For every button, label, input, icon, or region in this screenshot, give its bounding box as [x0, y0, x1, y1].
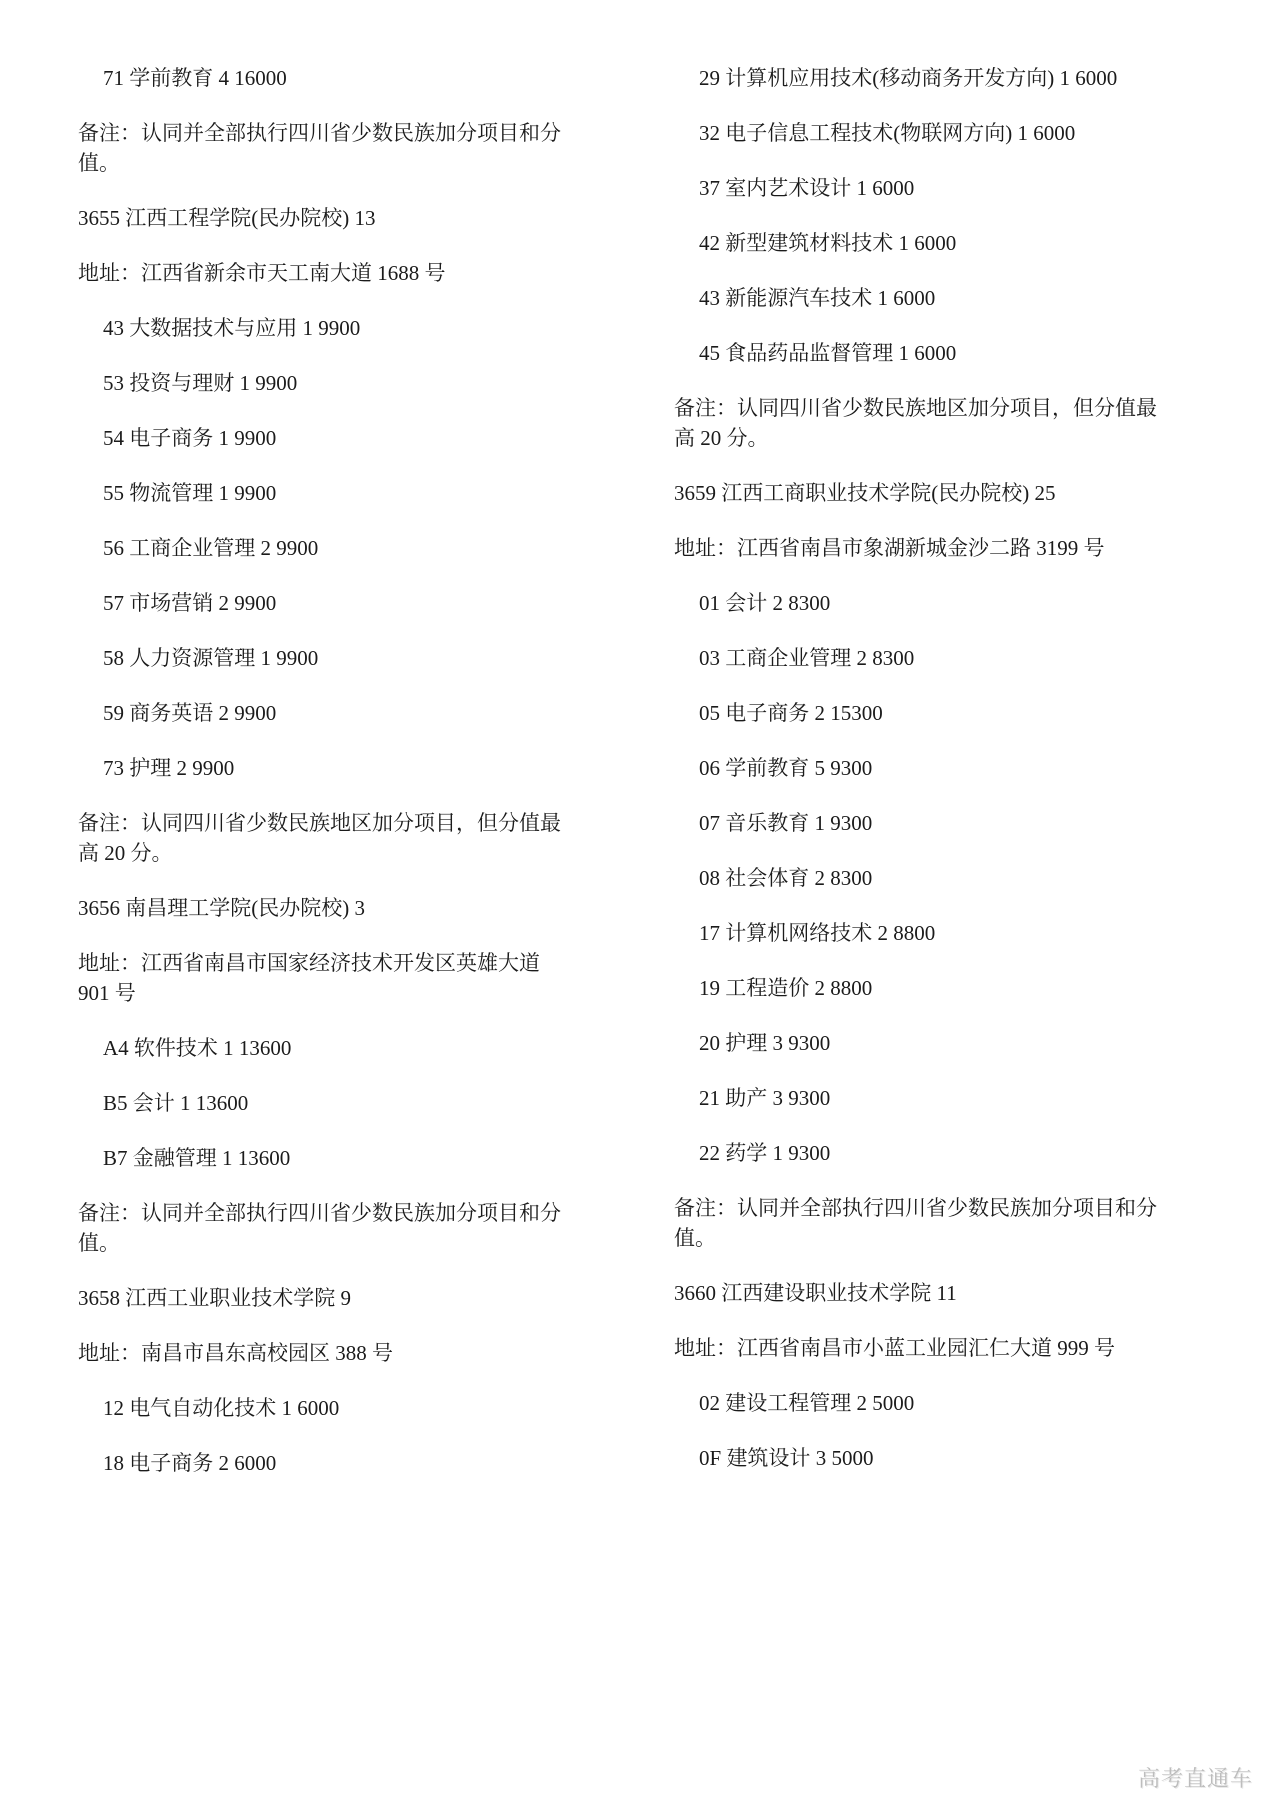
program-name: 建设工程管理	[725, 1391, 851, 1415]
program-code: 05	[699, 701, 720, 725]
program-name: 电子商务	[129, 426, 213, 450]
program-code: 08	[699, 866, 720, 890]
address-line: 地址：江西省南昌市象湖新城金沙二路 3199 号	[674, 533, 1170, 563]
school-code: 3656	[78, 896, 120, 920]
note-line: 备注：认同并全部执行四川省少数民族加分项目和分值。	[674, 1193, 1170, 1253]
program-code: 32	[699, 121, 720, 145]
program-quota: 2	[219, 591, 230, 615]
program-quota: 3	[773, 1031, 784, 1055]
program-quota: 2	[815, 701, 826, 725]
program-fee: 8300	[788, 591, 830, 615]
program-quota: 1	[222, 1146, 233, 1170]
program-name: 建筑设计	[726, 1446, 810, 1470]
program-line: 21 助产 3 9300	[674, 1083, 1170, 1113]
program-code: 55	[103, 481, 124, 505]
program-quota: 1	[180, 1091, 191, 1115]
program-fee: 9900	[255, 371, 297, 395]
program-name: 护理	[725, 1031, 767, 1055]
program-quota: 1	[303, 316, 314, 340]
program-quota: 2	[773, 591, 784, 615]
program-quota: 2	[261, 536, 272, 560]
program-name: 投资与理财	[129, 371, 234, 395]
address-line: 地址：南昌市昌东高校园区 388 号	[78, 1338, 574, 1368]
address-text: 地址：江西省南昌市象湖新城金沙二路 3199 号	[674, 536, 1105, 560]
program-quota: 3	[816, 1446, 827, 1470]
program-code: 21	[699, 1086, 720, 1110]
program-name: 计算机应用技术(移动商务开发方向)	[725, 66, 1054, 90]
note-text: 备注：认同并全部执行四川省少数民族加分项目和分值。	[78, 121, 561, 175]
program-code: 01	[699, 591, 720, 615]
program-name: 食品药品监督管理	[725, 341, 893, 365]
program-quota: 1	[899, 231, 910, 255]
program-fee: 8800	[830, 976, 872, 1000]
program-quota: 2	[219, 1451, 230, 1475]
program-fee: 13600	[196, 1091, 249, 1115]
school-name: 江西工商职业技术学院(民办院校)	[721, 481, 1029, 505]
program-fee: 8300	[830, 866, 872, 890]
program-name: 计算机网络技术	[725, 921, 872, 945]
program-fee: 8800	[893, 921, 935, 945]
program-quota: 1	[857, 176, 868, 200]
program-fee: 5000	[831, 1446, 873, 1470]
program-quota: 1	[1018, 121, 1029, 145]
program-fee: 6000	[234, 1451, 276, 1475]
program-code: 0F	[699, 1446, 721, 1470]
note-line: 备注：认同并全部执行四川省少数民族加分项目和分值。	[78, 118, 574, 178]
program-code: 59	[103, 701, 124, 725]
note-text: 备注：认同四川省少数民族地区加分项目，但分值最高 20 分。	[674, 396, 1157, 450]
watermark: 高考直通车	[1138, 1762, 1253, 1793]
program-name: 金融管理	[133, 1146, 217, 1170]
program-name: 工商企业管理	[725, 646, 851, 670]
program-name: 药学	[725, 1141, 767, 1165]
program-line: 18 电子商务 2 6000	[78, 1448, 574, 1478]
note-line: 备注：认同四川省少数民族地区加分项目，但分值最高 20 分。	[674, 393, 1170, 453]
school-name: 江西建设职业技术学院	[721, 1281, 931, 1305]
program-code: 53	[103, 371, 124, 395]
program-quota: 1	[219, 426, 230, 450]
program-name: 电子信息工程技术(物联网方向)	[725, 121, 1012, 145]
program-code: 57	[103, 591, 124, 615]
program-quota: 2	[177, 756, 188, 780]
program-line: 37 室内艺术设计 1 6000	[674, 173, 1170, 203]
program-quota: 5	[815, 756, 826, 780]
school-plan: 11	[937, 1281, 957, 1305]
program-name: 软件技术	[134, 1036, 218, 1060]
program-name: 助产	[725, 1086, 767, 1110]
program-quota: 1	[282, 1396, 293, 1420]
program-name: 电子商务	[129, 1451, 213, 1475]
program-line: 03 工商企业管理 2 8300	[674, 643, 1170, 673]
program-line: 53 投资与理财 1 9900	[78, 368, 574, 398]
program-fee: 6000	[914, 341, 956, 365]
program-line: 42 新型建筑材料技术 1 6000	[674, 228, 1170, 258]
program-fee: 9300	[830, 811, 872, 835]
program-fee: 6000	[1075, 66, 1117, 90]
program-line: 58 人力资源管理 1 9900	[78, 643, 574, 673]
program-line: 02 建设工程管理 2 5000	[674, 1388, 1170, 1418]
program-code: 17	[699, 921, 720, 945]
program-code: 58	[103, 646, 124, 670]
program-line: 55 物流管理 1 9900	[78, 478, 574, 508]
note-text: 备注：认同四川省少数民族地区加分项目，但分值最高 20 分。	[78, 811, 561, 865]
program-code: 20	[699, 1031, 720, 1055]
school-line: 3655 江西工程学院(民办院校) 13	[78, 203, 574, 233]
program-code: 19	[699, 976, 720, 1000]
program-line: B7 金融管理 1 13600	[78, 1143, 574, 1173]
school-code: 3659	[674, 481, 716, 505]
program-line: 22 药学 1 9300	[674, 1138, 1170, 1168]
note-text: 备注：认同并全部执行四川省少数民族加分项目和分值。	[78, 1201, 561, 1255]
program-name: 会计	[725, 591, 767, 615]
address-line: 地址：江西省南昌市小蓝工业园汇仁大道 999 号	[674, 1333, 1170, 1363]
program-code: 18	[103, 1451, 124, 1475]
program-quota: 1	[219, 481, 230, 505]
program-line: 17 计算机网络技术 2 8800	[674, 918, 1170, 948]
program-line: A4 软件技术 1 13600	[78, 1033, 574, 1063]
program-quota: 4	[219, 66, 230, 90]
program-line: 32 电子信息工程技术(物联网方向) 1 6000	[674, 118, 1170, 148]
program-name: 学前教育	[129, 66, 213, 90]
program-line: 56 工商企业管理 2 9900	[78, 533, 574, 563]
program-name: 大数据技术与应用	[129, 316, 297, 340]
program-quota: 1	[240, 371, 251, 395]
program-name: 商务英语	[129, 701, 213, 725]
program-fee: 16000	[234, 66, 287, 90]
program-fee: 9300	[788, 1031, 830, 1055]
program-line: 08 社会体育 2 8300	[674, 863, 1170, 893]
program-name: 电气自动化技术	[129, 1396, 276, 1420]
program-code: B7	[103, 1146, 128, 1170]
program-line: 59 商务英语 2 9900	[78, 698, 574, 728]
school-plan: 13	[355, 206, 376, 230]
program-fee: 9300	[788, 1086, 830, 1110]
school-name: 江西工程学院(民办院校)	[125, 206, 349, 230]
note-line: 备注：认同并全部执行四川省少数民族加分项目和分值。	[78, 1198, 574, 1258]
program-line: 71 学前教育 4 16000	[78, 63, 574, 93]
program-quota: 1	[773, 1141, 784, 1165]
program-fee: 6000	[893, 286, 935, 310]
program-fee: 9900	[276, 646, 318, 670]
note-line: 备注：认同四川省少数民族地区加分项目，但分值最高 20 分。	[78, 808, 574, 868]
program-code: 03	[699, 646, 720, 670]
column-right: 29 计算机应用技术(移动商务开发方向) 1 600032 电子信息工程技术(物…	[674, 63, 1170, 1498]
program-quota: 1	[899, 341, 910, 365]
program-quota: 1	[223, 1036, 234, 1060]
program-quota: 3	[773, 1086, 784, 1110]
school-name: 南昌理工学院(民办院校)	[125, 896, 349, 920]
program-name: 人力资源管理	[129, 646, 255, 670]
program-fee: 9900	[276, 536, 318, 560]
school-line: 3660 江西建设职业技术学院 11	[674, 1278, 1170, 1308]
school-plan: 25	[1035, 481, 1056, 505]
address-line: 地址：江西省南昌市国家经济技术开发区英雄大道 901 号	[78, 948, 574, 1008]
address-text: 地址：江西省南昌市小蓝工业园汇仁大道 999 号	[674, 1336, 1115, 1360]
address-line: 地址：江西省新余市天工南大道 1688 号	[78, 258, 574, 288]
program-line: 12 电气自动化技术 1 6000	[78, 1393, 574, 1423]
program-fee: 9900	[234, 426, 276, 450]
program-code: 71	[103, 66, 124, 90]
program-fee: 9900	[192, 756, 234, 780]
program-fee: 6000	[1033, 121, 1075, 145]
address-text: 地址：江西省新余市天工南大道 1688 号	[78, 261, 446, 285]
address-text: 地址：江西省南昌市国家经济技术开发区英雄大道 901 号	[78, 951, 540, 1005]
school-name: 江西工业职业技术学院	[125, 1286, 335, 1310]
program-name: 新型建筑材料技术	[725, 231, 893, 255]
program-fee: 9900	[318, 316, 360, 340]
program-code: 12	[103, 1396, 124, 1420]
program-code: 29	[699, 66, 720, 90]
program-fee: 6000	[914, 231, 956, 255]
program-quota: 1	[878, 286, 889, 310]
program-code: 02	[699, 1391, 720, 1415]
program-fee: 9300	[788, 1141, 830, 1165]
program-code: 43	[699, 286, 720, 310]
program-code: 54	[103, 426, 124, 450]
program-code: 37	[699, 176, 720, 200]
program-line: 05 电子商务 2 15300	[674, 698, 1170, 728]
program-quota: 2	[815, 976, 826, 1000]
program-quota: 2	[815, 866, 826, 890]
program-code: A4	[103, 1036, 129, 1060]
program-fee: 6000	[872, 176, 914, 200]
program-code: 42	[699, 231, 720, 255]
program-fee: 9300	[830, 756, 872, 780]
program-code: B5	[103, 1091, 128, 1115]
program-line: 43 大数据技术与应用 1 9900	[78, 313, 574, 343]
program-line: 73 护理 2 9900	[78, 753, 574, 783]
program-code: 06	[699, 756, 720, 780]
program-name: 音乐教育	[725, 811, 809, 835]
program-code: 07	[699, 811, 720, 835]
program-line: 54 电子商务 1 9900	[78, 423, 574, 453]
program-quota: 1	[261, 646, 272, 670]
program-fee: 8300	[872, 646, 914, 670]
program-fee: 9900	[234, 701, 276, 725]
program-quota: 2	[219, 701, 230, 725]
program-fee: 13600	[238, 1146, 291, 1170]
program-quota: 1	[1060, 66, 1071, 90]
column-left: 71 学前教育 4 16000备注：认同并全部执行四川省少数民族加分项目和分值。…	[78, 63, 574, 1503]
program-name: 学前教育	[725, 756, 809, 780]
school-line: 3659 江西工商职业技术学院(民办院校) 25	[674, 478, 1170, 508]
program-name: 物流管理	[129, 481, 213, 505]
program-line: 19 工程造价 2 8800	[674, 973, 1170, 1003]
program-fee: 13600	[239, 1036, 292, 1060]
program-name: 工商企业管理	[129, 536, 255, 560]
program-line: 29 计算机应用技术(移动商务开发方向) 1 6000	[674, 63, 1170, 93]
program-name: 社会体育	[725, 866, 809, 890]
program-quota: 1	[815, 811, 826, 835]
program-name: 室内艺术设计	[725, 176, 851, 200]
school-code: 3658	[78, 1286, 120, 1310]
note-text: 备注：认同并全部执行四川省少数民族加分项目和分值。	[674, 1196, 1157, 1250]
school-code: 3660	[674, 1281, 716, 1305]
program-line: 43 新能源汽车技术 1 6000	[674, 283, 1170, 313]
program-code: 56	[103, 536, 124, 560]
program-code: 43	[103, 316, 124, 340]
program-name: 市场营销	[129, 591, 213, 615]
school-plan: 3	[355, 896, 366, 920]
program-line: 0F 建筑设计 3 5000	[674, 1443, 1170, 1473]
program-name: 会计	[133, 1091, 175, 1115]
program-code: 22	[699, 1141, 720, 1165]
school-line: 3656 南昌理工学院(民办院校) 3	[78, 893, 574, 923]
document-page: 71 学前教育 4 16000备注：认同并全部执行四川省少数民族加分项目和分值。…	[0, 0, 1280, 1810]
program-fee: 5000	[872, 1391, 914, 1415]
program-fee: 15300	[830, 701, 883, 725]
program-fee: 6000	[297, 1396, 339, 1420]
program-quota: 2	[878, 921, 889, 945]
school-plan: 9	[341, 1286, 352, 1310]
program-name: 工程造价	[725, 976, 809, 1000]
address-text: 地址：南昌市昌东高校园区 388 号	[78, 1341, 393, 1365]
program-name: 电子商务	[725, 701, 809, 725]
program-fee: 9900	[234, 481, 276, 505]
program-line: B5 会计 1 13600	[78, 1088, 574, 1118]
program-line: 45 食品药品监督管理 1 6000	[674, 338, 1170, 368]
program-code: 73	[103, 756, 124, 780]
program-line: 06 学前教育 5 9300	[674, 753, 1170, 783]
program-line: 01 会计 2 8300	[674, 588, 1170, 618]
program-quota: 2	[857, 1391, 868, 1415]
program-fee: 9900	[234, 591, 276, 615]
program-quota: 2	[857, 646, 868, 670]
program-name: 护理	[129, 756, 171, 780]
program-line: 20 护理 3 9300	[674, 1028, 1170, 1058]
school-line: 3658 江西工业职业技术学院 9	[78, 1283, 574, 1313]
program-line: 57 市场营销 2 9900	[78, 588, 574, 618]
program-line: 07 音乐教育 1 9300	[674, 808, 1170, 838]
program-name: 新能源汽车技术	[725, 286, 872, 310]
program-code: 45	[699, 341, 720, 365]
school-code: 3655	[78, 206, 120, 230]
